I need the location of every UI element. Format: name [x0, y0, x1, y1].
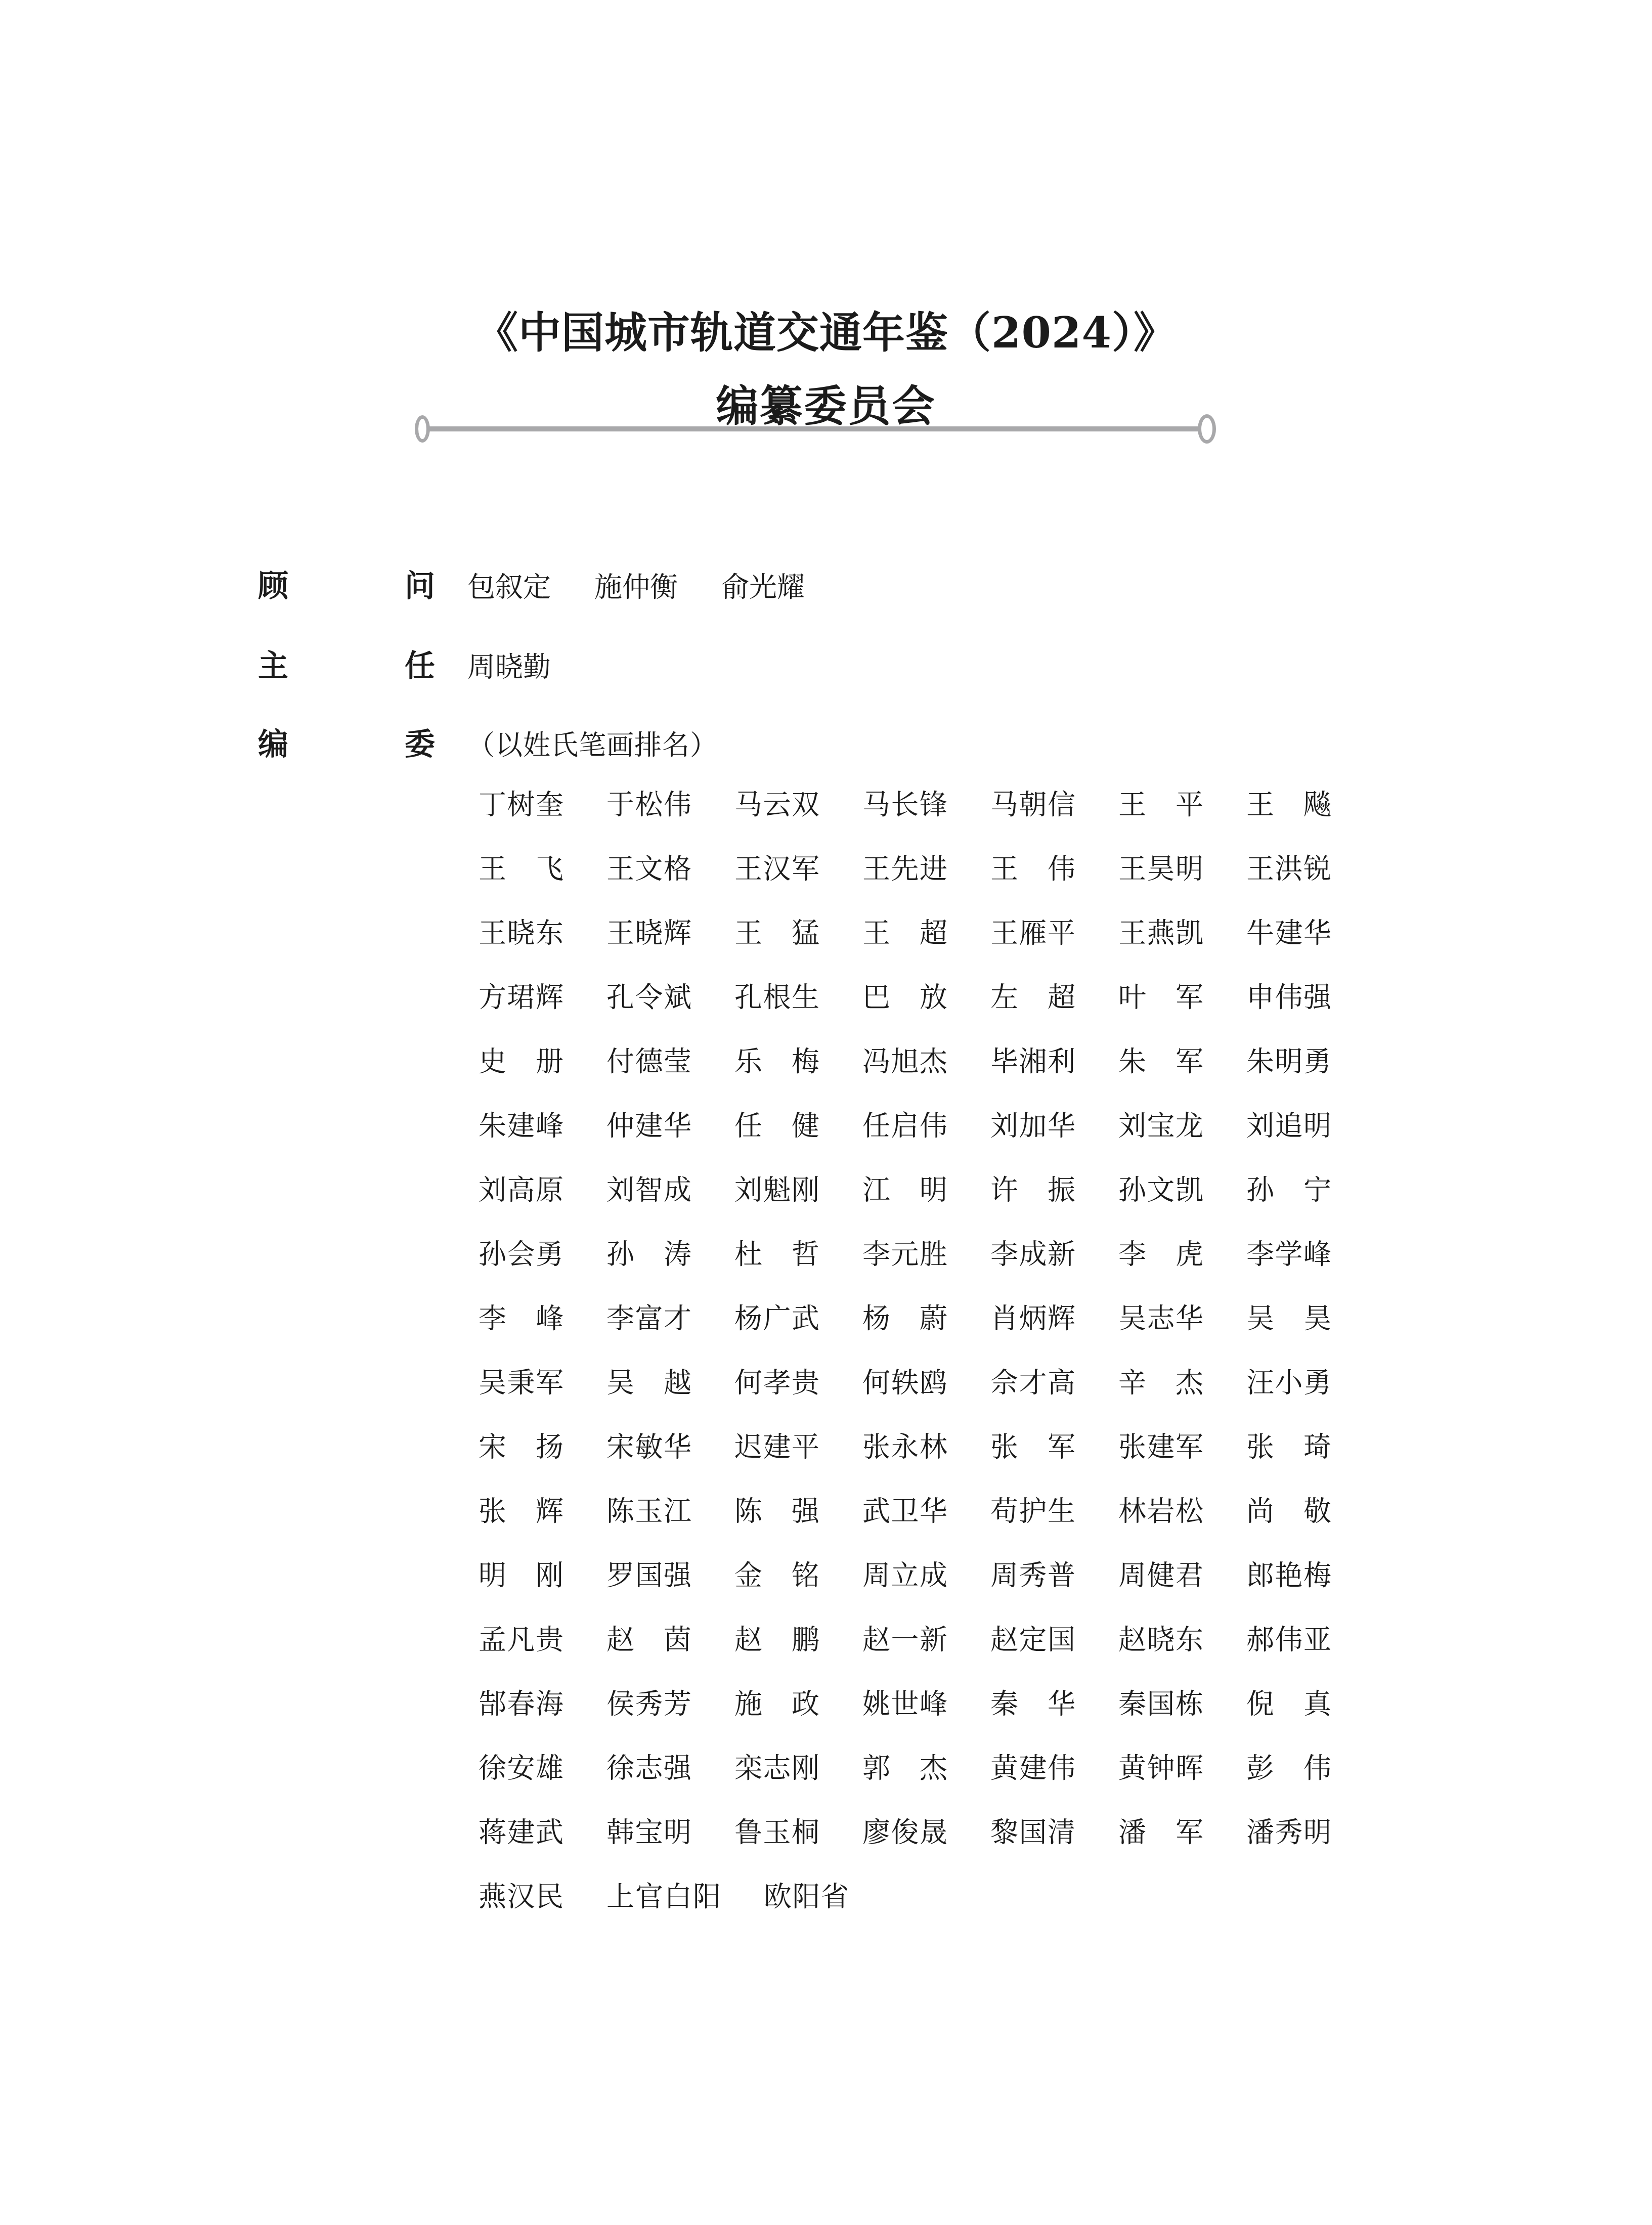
committee-member: 吴秉军 [479, 1369, 563, 1397]
committee-row: 吴秉军吴越何孝贵何轶鸥佘才高辛杰汪小勇 [479, 1350, 1331, 1415]
committee-member: 蒋建武 [479, 1818, 563, 1846]
committee-member: 赵晓东 [1118, 1626, 1203, 1653]
committee-member: 张军 [990, 1433, 1075, 1461]
committee-member: 刘魁刚 [734, 1176, 819, 1204]
committee-member: 杜哲 [734, 1240, 819, 1268]
committee-member: 孔令斌 [606, 983, 691, 1011]
committee-member: 乐梅 [734, 1048, 819, 1075]
committee-member: 李成新 [990, 1240, 1075, 1268]
committee-member: 付德莹 [606, 1048, 691, 1075]
committee-member: 宋扬 [479, 1433, 563, 1461]
committee-row: 朱建峰仲建华任健任启伟刘加华刘宝龙刘追明 [479, 1094, 1331, 1158]
committee-member: 金铭 [734, 1561, 819, 1589]
committee-member: 周健君 [1118, 1561, 1203, 1589]
committee-member: 任启伟 [862, 1112, 947, 1140]
committee-member: 郝伟亚 [1246, 1626, 1331, 1653]
committee-member: 辛杰 [1118, 1369, 1203, 1397]
committee-member: 任健 [734, 1112, 819, 1140]
committee-member: 张辉 [479, 1497, 563, 1525]
committee-member: 张永林 [862, 1433, 947, 1461]
committee-row: 张辉陈玉江陈强武卫华苟护生林岩松尚敬 [479, 1479, 1331, 1543]
committee-member: 王晓辉 [606, 919, 691, 947]
committee-member: 王飚 [1246, 791, 1331, 818]
committee-member: 周立成 [862, 1561, 947, 1589]
committee-member: 王汉军 [734, 855, 819, 883]
role-item: 包叙定 [467, 564, 551, 604]
committee-member: 鲁玉桐 [734, 1818, 819, 1846]
committee-row: 丁树奎于松伟马云双马长锋马朝信王平王飚 [479, 772, 1331, 837]
committee-member: 申伟强 [1246, 983, 1331, 1011]
committee-grid: 丁树奎于松伟马云双马长锋马朝信王平王飚王飞王文格王汉军王先进王伟王昊明王洪锐王晓… [479, 772, 1331, 1929]
committee-member: 马长锋 [862, 791, 947, 818]
committee-member: 廖俊晟 [862, 1818, 947, 1846]
committee-member: 李虎 [1118, 1240, 1203, 1268]
committee-member: 韩宝明 [606, 1818, 691, 1846]
committee-member: 丁树奎 [479, 791, 563, 818]
divider-line [428, 426, 1202, 431]
committee-member: 仲建华 [606, 1112, 691, 1140]
committee-member: 秦华 [990, 1690, 1075, 1718]
role-item: 俞光耀 [721, 564, 805, 604]
committee-member: 汪小勇 [1246, 1369, 1331, 1397]
committee-member: 王伟 [990, 855, 1075, 883]
committee-row: 王晓东王晓辉王猛王超王雁平王燕凯牛建华 [479, 901, 1331, 965]
committee-row: 刘高原刘智成刘魁刚江明许振孙文凯孙宁 [479, 1158, 1331, 1222]
committee-member: 秦国栋 [1118, 1690, 1203, 1718]
committee-member: 王飞 [479, 855, 563, 883]
committee-member: 林岩松 [1118, 1497, 1203, 1525]
committee-member: 陈玉江 [606, 1497, 691, 1525]
committee-member: 江明 [862, 1176, 947, 1204]
committee-member: 叶军 [1118, 983, 1203, 1011]
committee-member: 肖炳辉 [990, 1304, 1075, 1332]
committee-member: 马云双 [734, 791, 819, 818]
committee-member: 朱明勇 [1246, 1048, 1331, 1075]
committee-member: 朱军 [1118, 1048, 1203, 1075]
committee-member: 张建军 [1118, 1433, 1203, 1461]
committee-member: 倪真 [1246, 1690, 1331, 1718]
committee-member: 上官白阳 [606, 1883, 721, 1910]
committee-member: 王超 [862, 919, 947, 947]
committee-member: 徐志强 [606, 1754, 691, 1782]
committee-member: 潘秀明 [1246, 1818, 1331, 1846]
committee-row: 孟凡贵赵茵赵鹏赵一新赵定国赵晓东郝伟亚 [479, 1607, 1331, 1672]
committee-member: 左超 [990, 983, 1075, 1011]
committee-member: 方珺辉 [479, 983, 563, 1011]
committee-member: 郭杰 [862, 1754, 947, 1782]
committee-row: 李峰李富才杨广武杨蔚肖炳辉吴志华吴昊 [479, 1286, 1331, 1350]
committee-member: 李峰 [479, 1304, 563, 1332]
committee-row: 方珺辉孔令斌孔根生巴放左超叶军申伟强 [479, 965, 1331, 1029]
committee-row: 燕汉民上官白阳欧阳省 [479, 1864, 1331, 1929]
committee-member: 王昊明 [1118, 855, 1203, 883]
committee-member: 王晓东 [479, 919, 563, 947]
role-label-director: 主任 [258, 650, 435, 682]
committee-row: 郜春海侯秀芳施政姚世峰秦华秦国栋倪真 [479, 1672, 1331, 1736]
committee-member: 马朝信 [990, 791, 1075, 818]
role-items-editorial-board: （以姓氏笔画排名） [467, 724, 718, 763]
divider-ring-right-icon [1198, 414, 1216, 444]
committee-member: 王猛 [734, 919, 819, 947]
committee-member: 郜春海 [479, 1690, 563, 1718]
committee-member: 孟凡贵 [479, 1626, 563, 1653]
committee-member: 罗国强 [606, 1561, 691, 1589]
role-items-advisor: 包叙定施仲衡俞光耀 [467, 564, 805, 604]
committee-member: 明刚 [479, 1561, 563, 1589]
committee-member: 杨广武 [734, 1304, 819, 1332]
committee-member: 迟建平 [734, 1433, 819, 1461]
committee-member: 毕湘利 [990, 1048, 1075, 1075]
committee-member: 欧阳省 [764, 1883, 849, 1910]
committee-member: 燕汉民 [479, 1883, 563, 1910]
committee-member: 孔根生 [734, 983, 819, 1011]
committee-member: 苟护生 [990, 1497, 1075, 1525]
committee-member: 孙涛 [606, 1240, 691, 1268]
committee-member: 陈强 [734, 1497, 819, 1525]
role-label-advisor: 顾问 [258, 571, 435, 602]
committee-row: 明刚罗国强金铭周立成周秀普周健君郎艳梅 [479, 1543, 1331, 1607]
committee-member: 郎艳梅 [1246, 1561, 1331, 1589]
committee-member: 赵鹏 [734, 1626, 819, 1653]
committee-member: 王燕凯 [1118, 919, 1203, 947]
committee-member: 刘宝龙 [1118, 1112, 1203, 1140]
committee-member: 孙文凯 [1118, 1176, 1203, 1204]
committee-member: 周秀普 [990, 1561, 1075, 1589]
committee-member: 刘智成 [606, 1176, 691, 1204]
committee-member: 许振 [990, 1176, 1075, 1204]
committee-member: 黄建伟 [990, 1754, 1075, 1782]
committee-member: 牛建华 [1246, 919, 1331, 947]
committee-member: 潘军 [1118, 1818, 1203, 1846]
yearbook-committee-page: { "page": { "title_line1": "《中国城市轨道交通年鉴（… [0, 0, 1652, 2225]
divider [415, 414, 1216, 444]
committee-member: 王雁平 [990, 919, 1075, 947]
committee-member: 尚敬 [1246, 1497, 1331, 1525]
role-item: （以姓氏笔画排名） [467, 724, 718, 763]
committee-row: 蒋建武韩宝明鲁玉桐廖俊晟黎国清潘军潘秀明 [479, 1800, 1331, 1864]
committee-row: 徐安雄徐志强栾志刚郭杰黄建伟黄钟晖彭伟 [479, 1736, 1331, 1800]
role-item: 周晓勤 [467, 644, 551, 684]
committee-member: 刘追明 [1246, 1112, 1331, 1140]
role-row-editorial-board: 编委 （以姓氏笔画排名） [258, 724, 718, 755]
role-label-editorial-board: 编委 [258, 729, 435, 760]
committee-member: 王先进 [862, 855, 947, 883]
committee-member: 栾志刚 [734, 1754, 819, 1782]
committee-member: 冯旭杰 [862, 1048, 947, 1075]
committee-member: 孙宁 [1246, 1176, 1331, 1204]
committee-member: 何孝贵 [734, 1369, 819, 1397]
committee-member: 吴昊 [1246, 1304, 1331, 1332]
committee-member: 杨蔚 [862, 1304, 947, 1332]
committee-member: 张琦 [1246, 1433, 1331, 1461]
role-items-director: 周晓勤 [467, 644, 551, 684]
committee-member: 孙会勇 [479, 1240, 563, 1268]
committee-member: 朱建峰 [479, 1112, 563, 1140]
committee-member: 王文格 [606, 855, 691, 883]
committee-member: 佘才高 [990, 1369, 1075, 1397]
committee-member: 宋敏华 [606, 1433, 691, 1461]
committee-member: 于松伟 [606, 791, 691, 818]
committee-member: 吴志华 [1118, 1304, 1203, 1332]
committee-member: 史册 [479, 1048, 563, 1075]
committee-member: 赵茵 [606, 1626, 691, 1653]
committee-member: 王洪锐 [1246, 855, 1331, 883]
committee-member: 姚世峰 [862, 1690, 947, 1718]
committee-row: 王飞王文格王汉军王先进王伟王昊明王洪锐 [479, 837, 1331, 901]
committee-member: 吴越 [606, 1369, 691, 1397]
committee-member: 何轶鸥 [862, 1369, 947, 1397]
committee-member: 黎国清 [990, 1818, 1075, 1846]
committee-member: 李学峰 [1246, 1240, 1331, 1268]
committee-member: 李富才 [606, 1304, 691, 1332]
committee-row: 史册付德莹乐梅冯旭杰毕湘利朱军朱明勇 [479, 1029, 1331, 1094]
role-row-advisor: 顾问 包叙定施仲衡俞光耀 [258, 564, 805, 596]
committee-member: 巴放 [862, 983, 947, 1011]
role-row-director: 主任 周晓勤 [258, 644, 551, 676]
page-title: 《中国城市轨道交通年鉴（2024）》 [0, 312, 1652, 354]
committee-member: 刘高原 [479, 1176, 563, 1204]
committee-member: 黄钟晖 [1118, 1754, 1203, 1782]
committee-member: 侯秀芳 [606, 1690, 691, 1718]
role-item: 施仲衡 [594, 564, 678, 604]
committee-member: 赵定国 [990, 1626, 1075, 1653]
committee-row: 宋扬宋敏华迟建平张永林张军张建军张琦 [479, 1415, 1331, 1479]
committee-row: 孙会勇孙涛杜哲李元胜李成新李虎李学峰 [479, 1222, 1331, 1286]
committee-member: 施政 [734, 1690, 819, 1718]
committee-member: 武卫华 [862, 1497, 947, 1525]
committee-member: 徐安雄 [479, 1754, 563, 1782]
committee-member: 王平 [1118, 791, 1203, 818]
committee-member: 赵一新 [862, 1626, 947, 1653]
committee-member: 刘加华 [990, 1112, 1075, 1140]
committee-member: 彭伟 [1246, 1754, 1331, 1782]
committee-member: 李元胜 [862, 1240, 947, 1268]
